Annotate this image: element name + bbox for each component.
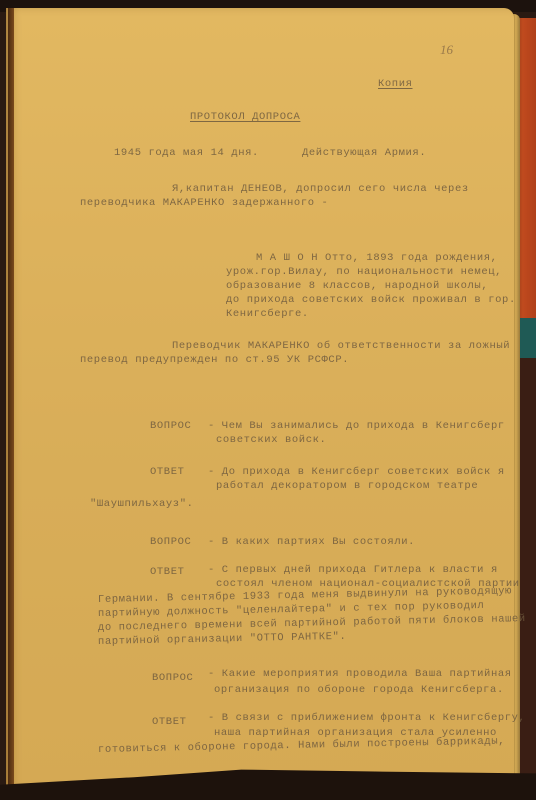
subject-line-5: Кенигсберге.: [226, 308, 309, 320]
page-number: 16: [440, 42, 453, 58]
question-label: ВОПРОС: [150, 420, 191, 432]
place: Действующая Армия.: [302, 147, 426, 159]
question-label: ВОПРОС: [150, 536, 191, 548]
answer-label: ОТВЕТ: [150, 566, 185, 578]
intro-line-1: Я,капитан ДЕНЕОВ, допросил сего числа че…: [172, 183, 469, 195]
answer-text: работал декоратором в городском театре: [216, 480, 478, 492]
question-text: советских войск.: [216, 434, 326, 446]
subject-line-4: до прихода советских войск проживал в го…: [226, 294, 516, 306]
answer-text: - До прихода в Кенигсберг советских войс…: [208, 466, 505, 478]
warning-line-2: перевод предупрежден по ст.95 УК РСФСР.: [80, 354, 349, 366]
answer-label: ОТВЕТ: [150, 466, 185, 478]
question-text: - Чем Вы занимались до прихода в Кенигсб…: [208, 420, 505, 432]
question-text: - Какие мероприятия проводила Ваша парти…: [208, 668, 512, 680]
answer-text: "Шаушпильхауз".: [90, 498, 194, 510]
copy-label: Копия: [378, 78, 413, 90]
answer-text: - В связи с приближением фронта к Кенигс…: [208, 712, 525, 724]
subject-line-2: урож.гор.Вилау, по национальности немец,: [226, 266, 502, 278]
document-title: ПРОТОКОЛ ДОПРОСА: [190, 111, 300, 123]
answer-text: - С первых дней прихода Гитлера к власти…: [208, 564, 498, 576]
intro-line-2: переводчика МАКАРЕНКО задержанного -: [80, 197, 328, 209]
question-label: ВОПРОС: [152, 672, 193, 684]
answer-label: ОТВЕТ: [152, 716, 187, 728]
binding-edge: [8, 8, 14, 788]
question-text: организация по обороне города Кенигсберг…: [214, 684, 504, 696]
subject-line-3: образование 8 классов, народной школы,: [226, 280, 488, 292]
question-text: - В каких партиях Вы состояли.: [208, 536, 415, 548]
warning-line-1: Переводчик МАКАРЕНКО об ответственности …: [172, 340, 510, 352]
subject-line-1: М А Ш О Н Отто, 1893 года рождения,: [256, 252, 498, 264]
date: 1945 года мая 14 дня.: [114, 147, 259, 159]
